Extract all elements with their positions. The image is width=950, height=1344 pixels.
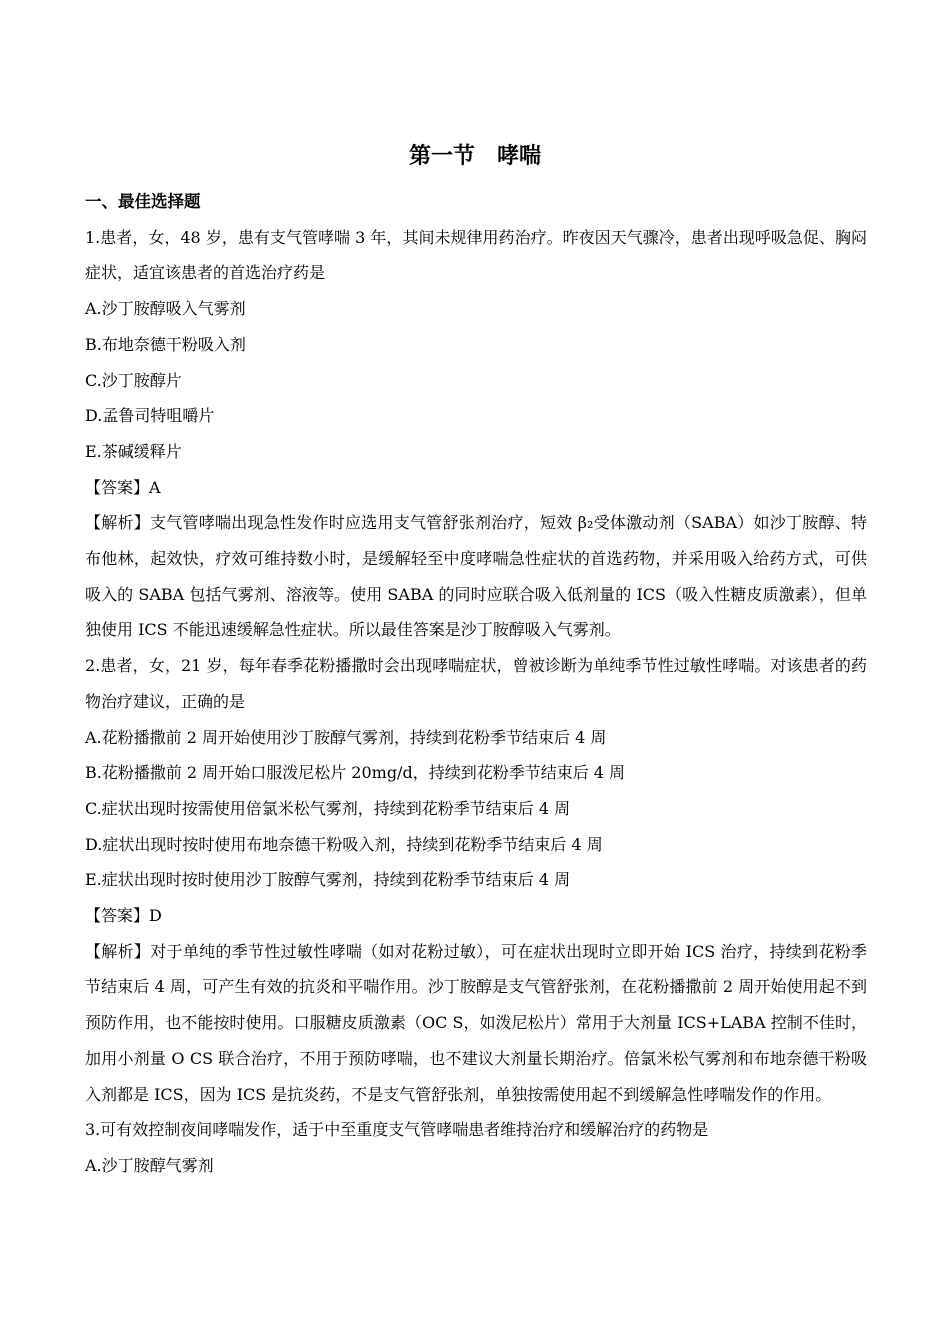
answer-line: 【答案】A (85, 470, 867, 506)
option-line: D.症状出现时按时使用布地奈德干粉吸入剂，持续到花粉季节结束后 4 周 (85, 827, 867, 863)
option-line: D.孟鲁司特咀嚼片 (85, 398, 867, 434)
page-title: 第一节 哮喘 (0, 138, 950, 174)
question-stem: 2.患者，女，21 岁，每年春季花粉播撒时会出现哮喘症状，曾被诊断为单纯季节性过… (85, 648, 867, 719)
option-line: E.症状出现时按时使用沙丁胺醇气雾剂，持续到花粉季节结束后 4 周 (85, 862, 867, 898)
option-line: E.茶碱缓释片 (85, 434, 867, 470)
analysis-paragraph: 【解析】支气管哮喘出现急性发作时应选用支气管舒张剂治疗，短效 β₂受体激动剂（S… (85, 505, 867, 648)
option-line: A.花粉播撒前 2 周开始使用沙丁胺醇气雾剂，持续到花粉季节结束后 4 周 (85, 720, 867, 756)
option-line: B.布地奈德干粉吸入剂 (85, 327, 867, 363)
document-page: 第一节 哮喘 一、最佳选择题 1.患者，女，48 岁，患有支气管哮喘 3 年，其… (0, 0, 950, 1344)
question-block: 2.患者，女，21 岁，每年春季花粉播撒时会出现哮喘症状，曾被诊断为单纯季节性过… (85, 648, 867, 1112)
question-block: 1.患者，女，48 岁，患有支气管哮喘 3 年，其间未规律用药治疗。昨夜因天气骤… (85, 220, 867, 648)
document-body: 一、最佳选择题 1.患者，女，48 岁，患有支气管哮喘 3 年，其间未规律用药治… (85, 184, 867, 1184)
options-list: A.花粉播撒前 2 周开始使用沙丁胺醇气雾剂，持续到花粉季节结束后 4 周B.花… (85, 720, 867, 899)
question-stem: 1.患者，女，48 岁，患有支气管哮喘 3 年，其间未规律用药治疗。昨夜因天气骤… (85, 220, 867, 291)
option-line: B.花粉播撒前 2 周开始口服泼尼松片 20mg/d，持续到花粉季节结束后 4 … (85, 755, 867, 791)
option-line: A.沙丁胺醇气雾剂 (85, 1148, 867, 1184)
question-block: 3.可有效控制夜间哮喘发作，适于中至重度支气管哮喘患者维持治疗和缓解治疗的药物是… (85, 1112, 867, 1183)
option-line: C.沙丁胺醇片 (85, 363, 867, 399)
option-line: C.症状出现时按需使用倍氯米松气雾剂，持续到花粉季节结束后 4 周 (85, 791, 867, 827)
options-list: A.沙丁胺醇气雾剂 (85, 1148, 867, 1184)
question-list: 1.患者，女，48 岁，患有支气管哮喘 3 年，其间未规律用药治疗。昨夜因天气骤… (85, 220, 867, 1184)
analysis-paragraph: 【解析】对于单纯的季节性过敏性哮喘（如对花粉过敏），可在症状出现时立即开始 IC… (85, 934, 867, 1113)
options-list: A.沙丁胺醇吸入气雾剂B.布地奈德干粉吸入剂C.沙丁胺醇片D.孟鲁司特咀嚼片E.… (85, 291, 867, 470)
answer-line: 【答案】D (85, 898, 867, 934)
section-heading: 一、最佳选择题 (85, 184, 867, 220)
option-line: A.沙丁胺醇吸入气雾剂 (85, 291, 867, 327)
question-stem: 3.可有效控制夜间哮喘发作，适于中至重度支气管哮喘患者维持治疗和缓解治疗的药物是 (85, 1112, 867, 1148)
